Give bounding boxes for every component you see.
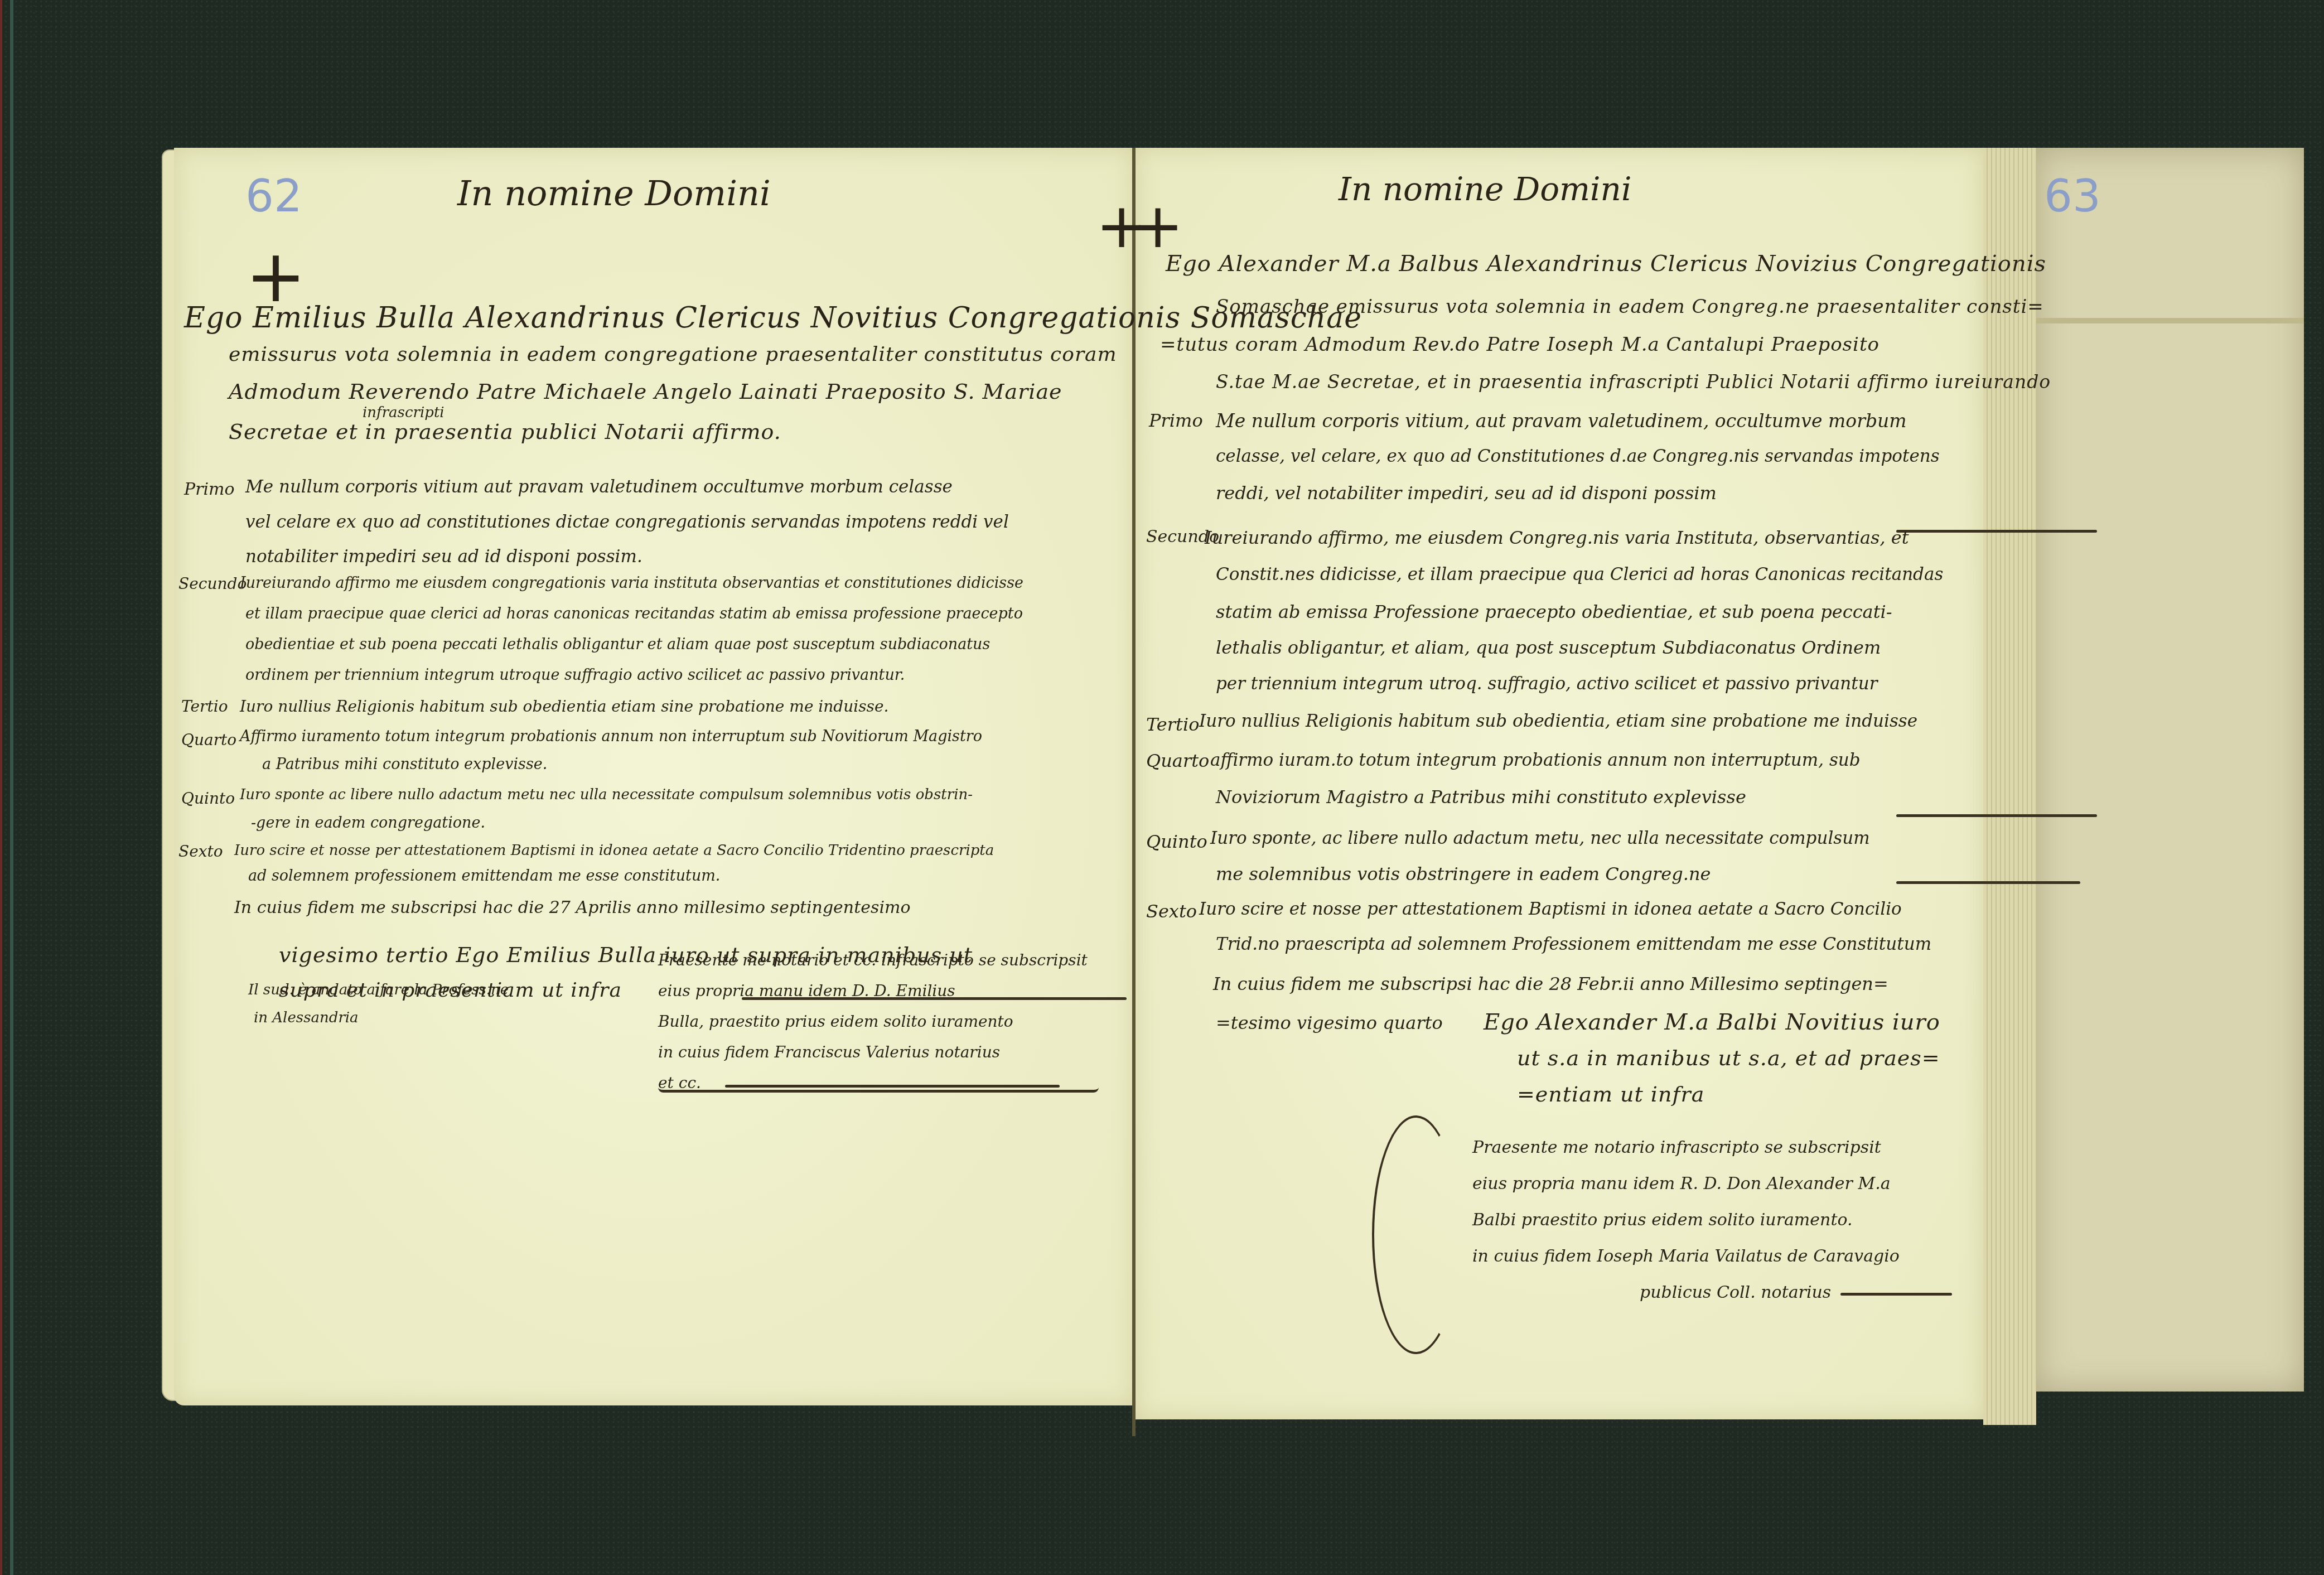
clause-line: a Patribus mihi constituto explevisse.: [262, 756, 547, 773]
clause-line: Iuro sponte ac libere nullo adactum metu…: [240, 786, 973, 803]
clause-line: -gere in eadem congregatione.: [251, 814, 485, 832]
clause-end-rule: [1896, 530, 2097, 533]
closing-line: In cuius fidem me subscripsi hac die 27 …: [234, 898, 910, 917]
right-intro-line: =tutus coram Admodum Rev.do Patre Ioseph…: [1160, 334, 1880, 356]
clause-label: Tertio: [1146, 714, 1199, 735]
left-intro-line: emissurus vota solemnia in eadem congreg…: [229, 343, 1117, 366]
clause-line: Trid.no praescripta ad solemnem Professi…: [1216, 934, 1931, 954]
folio-number-right: 63: [2044, 170, 2101, 222]
margin-note-line: Il sud. è andato a fare la Profess.ne: [248, 982, 509, 998]
clause-line: Iuro nullius Religionis habitum sub obed…: [1199, 711, 1917, 731]
left-intro-line: Admodum Reverendo Patre Michaele Angelo …: [229, 379, 1062, 404]
clause-label: Tertio: [181, 697, 228, 716]
folio-number-left: 62: [245, 170, 302, 222]
clause-line: Iuro scire et nosse per attestationem Ba…: [1199, 899, 1902, 919]
clause-end-rule: [1896, 881, 2080, 884]
clause-line: lethalis obligantur, et aliam, qua post …: [1216, 637, 1881, 658]
cross-mark-icon: +: [1132, 195, 1183, 257]
notary-line: Praesente me notario et cc. infrascripto…: [658, 951, 1088, 969]
clause-line: Me nullum corporis vitium, aut pravam va…: [1216, 410, 1907, 432]
notary-line: Bulla, praestito prius eidem solito iura…: [658, 1012, 1013, 1031]
notary-flourish: [1372, 1115, 1460, 1354]
clause-line: me solemnibus votis obstringere in eadem…: [1216, 863, 1711, 885]
notary-line: Praesente me notario infrascripto se sub…: [1472, 1138, 1881, 1157]
notary-line: publicus Coll. notarius: [1640, 1283, 1831, 1302]
right-intro-line: Somaschae emissurus vota solemnia in ead…: [1216, 296, 2044, 318]
clause-label: Quinto: [181, 789, 235, 808]
clause-line: statim ab emissa Professione praecepto o…: [1216, 601, 1892, 622]
notary-line: in cuius fidem Ioseph Maria Vailatus de …: [1472, 1247, 1900, 1266]
clause-line: notabiliter impediri seu ad id disponi p…: [245, 547, 642, 567]
clause-line: ordinem per triennium integrum utroque s…: [245, 666, 905, 684]
notary-line: eius propria manu idem D. D. Emilius: [658, 982, 955, 1000]
scan-frame-line: [10, 0, 13, 1575]
closing-line: In cuius fidem me subscripsi hac die 28 …: [1213, 973, 1888, 994]
clause-line: ad solemnem professionem emittendam me e…: [248, 867, 720, 885]
right-heading: In nomine Domini: [1339, 170, 1632, 208]
signature-line: =entiam ut infra: [1517, 1082, 1704, 1107]
left-intro-line: Ego Emilius Bulla Alexandrinus Clericus …: [184, 301, 1362, 335]
clause-line: Iureiurando affirmo, me eiusdem Congreg.…: [1205, 527, 1909, 548]
clause-line: Me nullum corporis vitium aut pravam val…: [245, 477, 953, 497]
clause-line: Iuro nullius Religionis habitum sub obed…: [240, 697, 888, 716]
left-page: [174, 148, 1134, 1405]
clause-label: Sexto: [178, 842, 223, 861]
attached-parchment-slip: [2036, 148, 2304, 1392]
clause-label: Sexto: [1146, 901, 1197, 922]
clause-line: Iuro sponte, ac libere nullo adactum met…: [1210, 828, 1870, 848]
slip-fold-crease: [2036, 318, 2304, 323]
clause-line: reddi, vel notabiliter impediri, seu ad …: [1216, 482, 1717, 504]
clause-label: Quarto: [181, 731, 236, 749]
clause-line: Iuro scire et nosse per attestationem Ba…: [234, 842, 994, 859]
margin-note-line: in Alessandria: [254, 1009, 359, 1026]
interlinear-note: infrascripti: [363, 404, 444, 421]
clause-line: Affirmo iuramento totum integrum probati…: [240, 728, 982, 745]
clause-line: Iureiurando affirmo me eiusdem congregat…: [240, 574, 1023, 592]
clause-label: Primo: [1149, 410, 1203, 431]
clause-line: obedientiae et sub poena peccati lethali…: [245, 636, 990, 653]
clause-label: Quinto: [1146, 831, 1207, 852]
closing-line: =tesimo vigesimo quarto: [1216, 1012, 1443, 1033]
clause-line: affirmo iuram.to totum integrum probatio…: [1210, 750, 1861, 770]
scan-border-edge: [0, 0, 2, 1575]
notary-rule: [1840, 1293, 1952, 1296]
clause-line: Constit.nes didicisse, et illam praecipu…: [1216, 564, 1943, 584]
notary-line: Balbi praestito prius eidem solito iuram…: [1472, 1210, 1853, 1230]
signature-line: ut s.a in manibus ut s.a, et ad praes=: [1517, 1046, 1940, 1070]
left-heading: In nomine Domini: [457, 173, 771, 214]
clause-line: vel celare ex quo ad constitutiones dict…: [245, 512, 1009, 532]
notary-line: in cuius fidem Franciscus Valerius notar…: [658, 1043, 1000, 1061]
clause-label: Quarto: [1146, 750, 1209, 771]
left-intro-line: Secretae et in praesentia publici Notari…: [229, 419, 781, 444]
clause-end-rule: [1896, 814, 2097, 817]
clause-line: celasse, vel celare, ex quo ad Constitut…: [1216, 446, 1940, 466]
notary-flourish: [658, 1088, 1099, 1093]
clause-label: Primo: [184, 480, 235, 499]
clause-line: et illam praecipue quae clerici ad horas…: [245, 605, 1023, 622]
clause-label: Secundo: [178, 574, 247, 593]
right-intro-line: S.tae M.ae Secretae, et in praesentia in…: [1216, 371, 2051, 393]
clause-line: Noviziorum Magistro a Patribus mihi cons…: [1216, 786, 1746, 808]
right-page-edges: [1983, 148, 2036, 1425]
signature-line: Ego Alexander M.a Balbi Novitius iuro: [1484, 1009, 1940, 1035]
clause-line: per triennium integrum utroq. suffragio,…: [1216, 674, 1878, 694]
right-intro-line: Ego Alexander M.a Balbus Alexandrinus Cl…: [1166, 251, 2046, 277]
notary-line: eius propria manu idem R. D. Don Alexand…: [1472, 1174, 1891, 1194]
